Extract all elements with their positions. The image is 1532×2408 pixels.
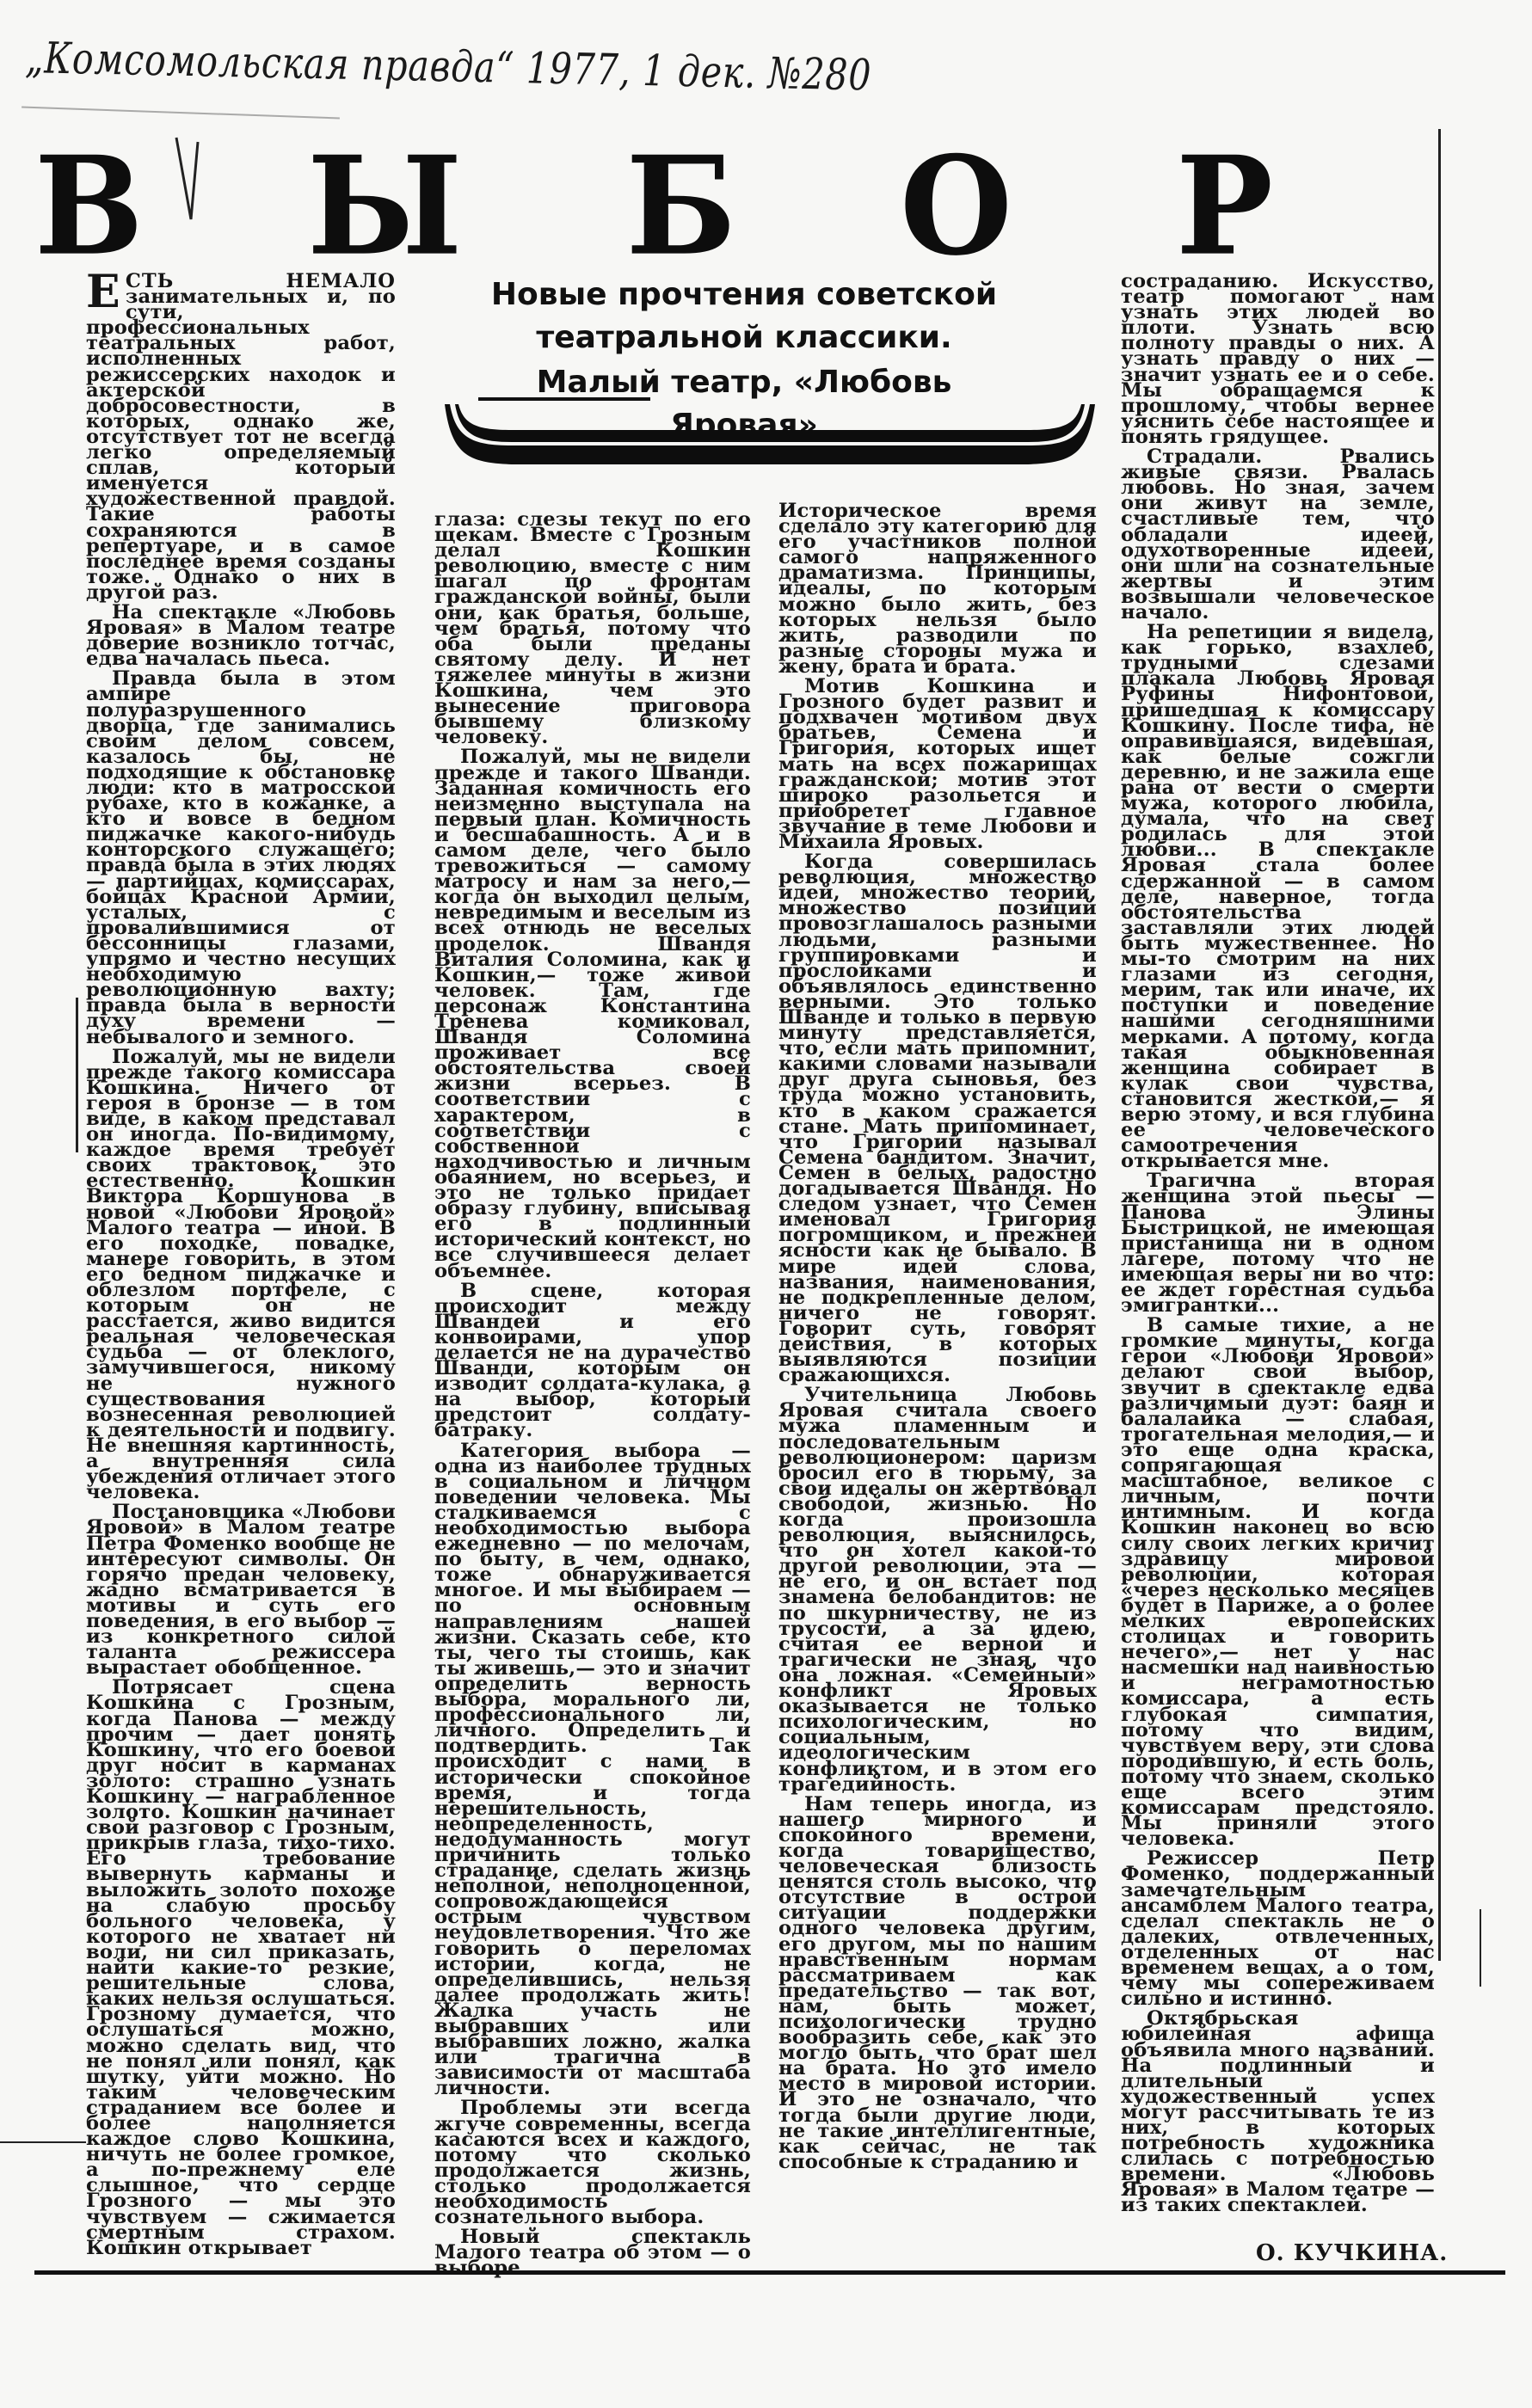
headline-letter: Р (1176, 144, 1273, 270)
column-rule-right-lower (1480, 1909, 1481, 1987)
headline-letter: В (34, 144, 144, 270)
paragraph: Октябрьская юбилейная афиша объявила мно… (1121, 2011, 1435, 2213)
paragraph: состраданию. Искусство, театр помогают н… (1121, 273, 1435, 445)
paragraph: ЕСТЬ НЕМАЛО занимательных и, по сути, пр… (86, 273, 396, 600)
paragraph: Новый спектакль Малого театра об этом — … (434, 2229, 751, 2276)
paragraph: глаза: слезы текут по его щекам. Вместе … (434, 512, 751, 745)
handwritten-source-note: „Комсомольская правда“ 1977, 1 дек. №280 (25, 33, 872, 101)
paragraph: Учительница Любовь Яровая считала своего… (778, 1387, 1097, 1791)
article-column-3: Историческое время сделало эту категорию… (778, 503, 1097, 2174)
paragraph: Пожалуй, мы не видели прежде такого коми… (86, 1049, 396, 1501)
subtitle-underline (478, 397, 650, 401)
headline-letter: О (900, 144, 1012, 270)
paragraph: Когда совершилась революция, множество и… (778, 854, 1097, 1383)
article-column-4: состраданию. Искусство, театр помогают н… (1121, 273, 1435, 2218)
article-headline: В Ы Б О Р (34, 146, 1273, 267)
paragraph: Трагична вторая женщина этой пьесы — Пан… (1121, 1173, 1435, 1313)
paragraph: Постановщика «Любови Яровой» в Малом теа… (86, 1504, 396, 1675)
paragraph: В сцене, которая происходит между Шванде… (434, 1283, 751, 1439)
author-signature: О. КУЧКИНА. (1256, 2240, 1448, 2266)
decorative-bracket-ornament (443, 404, 1097, 473)
headline-letter: Б (626, 144, 736, 270)
paragraph: Нам теперь иногда, из нашего мирного и с… (778, 1797, 1097, 2170)
paragraph: Мотив Кошкина и Грозного будет развит и … (778, 679, 1097, 850)
subtitle-line-2: театральной классики. (469, 316, 1019, 359)
margin-mark-left (76, 998, 78, 1152)
bottom-rule (34, 2270, 1505, 2275)
article-column-2: глаза: слезы текут по его щекам. Вместе … (434, 512, 751, 2281)
paragraph: Потрясает сцена Кошкина с Грозным, когда… (86, 1680, 396, 2255)
paragraph: На спектакле «Любовь Яровая» в Малом теа… (86, 605, 396, 666)
article-column-1: ЕСТЬ НЕМАЛО занимательных и, по сути, пр… (86, 273, 396, 2260)
paragraph: Категория выбора — одна из наиболее труд… (434, 1443, 751, 2097)
paragraph: Страдали. Рвались живые связи. Рвалась л… (1121, 449, 1435, 620)
paragraph: Режиссер Петр Фоменко, поддержанный заме… (1121, 1851, 1435, 2006)
paragraph: Правда была в этом ампире полуразрушенно… (86, 671, 396, 1044)
headline-letter: Ы (307, 144, 462, 270)
paragraph: Историческое время сделало эту категорию… (778, 503, 1097, 674)
margin-mark-left-lower (0, 2141, 86, 2143)
subtitle-line-1: Новые прочтения советской (469, 273, 1019, 316)
drop-cap: Е (86, 275, 120, 310)
pencil-rule (22, 107, 340, 120)
column-rule-right (1438, 129, 1441, 1961)
paragraph: В самые тихие, а не громкие минуты, когд… (1121, 1318, 1435, 1846)
paragraph: На репетиции я видела, как горько, взахл… (1121, 624, 1435, 1169)
paragraph: Пожалуй, мы не видели прежде и такого Шв… (434, 749, 751, 1278)
paragraph: Проблемы эти всегда жгуче современны, вс… (434, 2100, 751, 2225)
